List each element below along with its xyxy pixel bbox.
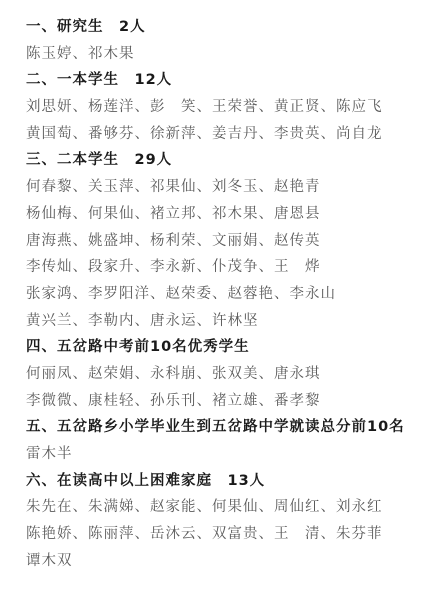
name-list-row: 杨仙梅、何果仙、褚立邦、祁木果、唐恩县: [26, 201, 431, 228]
name-list-row: 雷木半: [26, 441, 431, 468]
document-body: 一、研究生 2人 陈玉婷、祁木果 二、一本学生 12人 刘思妍、杨莲洋、彭 笑、…: [26, 14, 431, 574]
name-list-row: 何丽凤、赵荣娟、永科崩、张双美、唐永琪: [26, 361, 431, 388]
name-list-row: 谭木双: [26, 548, 431, 575]
name-list-row: 朱先在、朱满娣、赵家能、何果仙、周仙红、刘永红: [26, 494, 431, 521]
name-list-row: 张家鸿、李罗阳洋、赵荣委、赵蓉艳、李永山: [26, 281, 431, 308]
name-list-row: 陈玉婷、祁木果: [26, 41, 431, 68]
section-heading-tier1: 二、一本学生 12人: [26, 67, 431, 94]
name-list-row: 刘思妍、杨莲洋、彭 笑、王荣誉、黄正贤、陈应飞: [26, 94, 431, 121]
name-list-row: 唐海燕、姚盛坤、杨利荣、文丽娟、赵传英: [26, 228, 431, 255]
name-list-row: 黄兴兰、李勒内、唐永运、许林坚: [26, 308, 431, 335]
section-heading-hardship-families: 六、在读高中以上困难家庭 13人: [26, 468, 431, 495]
section-heading-top10-exam: 四、五岔路中考前10名优秀学生: [26, 334, 431, 361]
name-list-row: 何春黎、关玉萍、祁果仙、刘冬玉、赵艳青: [26, 174, 431, 201]
section-heading-tier2: 三、二本学生 29人: [26, 147, 431, 174]
name-list-row: 黄国萄、番够芬、徐新萍、姜吉丹、李贵英、尚自龙: [26, 121, 431, 148]
name-list-row: 陈艳娇、陈丽萍、岳沐云、双富贵、王 清、朱芬菲: [26, 521, 431, 548]
section-heading-graduate: 一、研究生 2人: [26, 14, 431, 41]
section-heading-top10-primary: 五、五岔路乡小学毕业生到五岔路中学就读总分前10名: [26, 414, 431, 441]
name-list-row: 李微微、康桂轻、孙乐刊、褚立雄、番孝黎: [26, 388, 431, 415]
name-list-row: 李传灿、段家升、李永新、仆茂争、王 烨: [26, 254, 431, 281]
